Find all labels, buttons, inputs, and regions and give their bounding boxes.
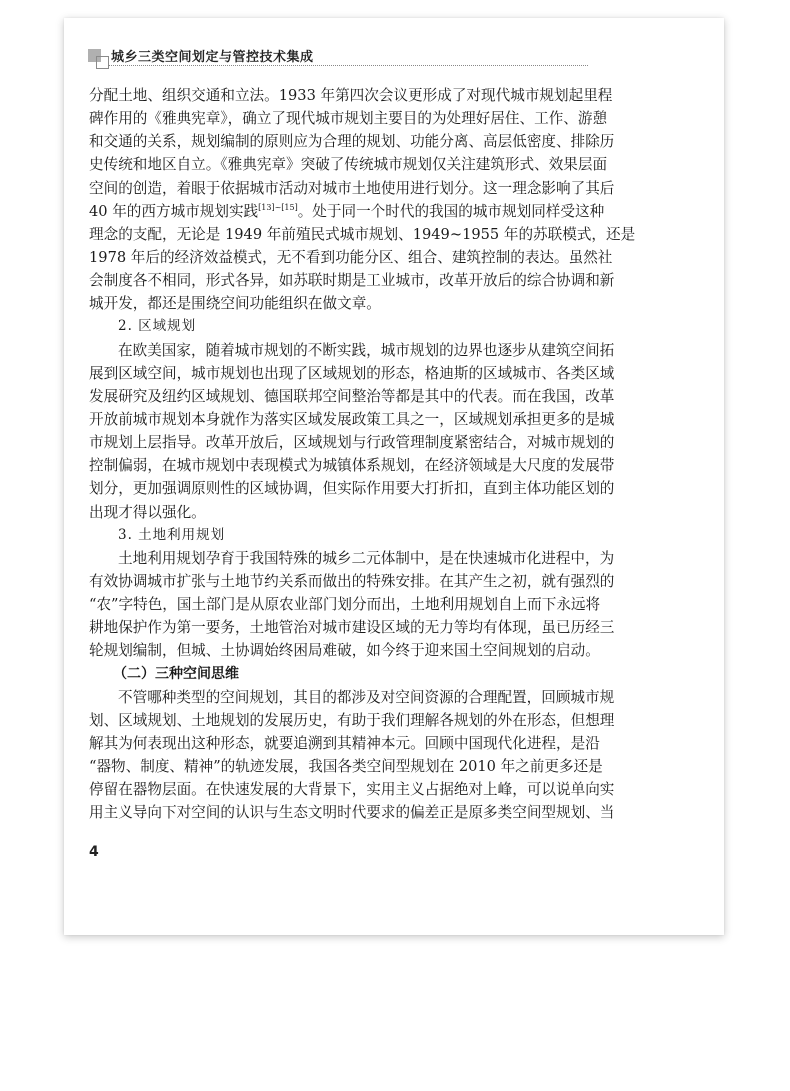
text-line: 史传统和地区自立。《雅典宪章》突破了传统城市规划仅关注建筑形式、效果层面 (89, 153, 589, 176)
text-line: 理念的支配，无论是 1949 年前殖民式城市规划、1949~1955 年的苏联模… (89, 223, 589, 246)
text-line: “农”字特色，国土部门是从原农业部门划分而出，土地利用规划自上而下永远将 (89, 593, 589, 616)
subsection-heading-land-use-planning: 3. 土地利用规划 (89, 524, 589, 547)
text-line: 展到区域空间，城市规划也出现了区域规划的形态，格迪斯的区域城市、各类区域 (89, 362, 589, 385)
text-line: 划、区域规划、土地规划的发展历史，有助于我们理解各规划的外在形态，但想理 (89, 709, 589, 732)
text-line: 解其为何表现出这种形态，就要追溯到其精神本元。回顾中国现代化进程，是沿 (89, 732, 589, 755)
text-line: 用主义导向下对空间的认识与生态文明时代要求的偏差正是原多类空间型规划、当 (89, 801, 589, 824)
text-line: 控制偏弱，在城市规划中表现模式为城镇体系规划，在经济领域是大尺度的发展带 (89, 454, 589, 477)
text-line: 在欧美国家，随着城市规划的不断实践，城市规划的边界也逐步从建筑空间拓 (89, 339, 589, 362)
citation-reference: [13]~[15] (258, 203, 298, 212)
body-text: 分配土地、组织交通和立法。1933 年第四次会议更形成了对现代城市规划起里程 碑… (89, 84, 589, 825)
text-line: 划分，更加强调原则性的区域协调，但实际作用要大打折扣，直到主体功能区划的 (89, 477, 589, 500)
text-line-with-citation: 40 年的西方城市规划实践[13]~[15]。处于同一个时代的我国的城市规划同样… (89, 200, 589, 223)
text-line: 和交通的关系，规划编制的原则应为合理的规划、功能分离、高层低密度、排除历 (89, 130, 589, 153)
text-line: 土地利用规划孕育于我国特殊的城乡二元体制中，是在快速城市化进程中，为 (89, 547, 589, 570)
book-title: 城乡三类空间划定与管控技术集成 (111, 46, 314, 65)
text-line: 不管哪种类型的空间规划，其目的都涉及对空间资源的合理配置，回顾城市规 (89, 686, 589, 709)
text-line: 有效协调城市扩张与土地节约关系而做出的特殊安排。在其产生之初，就有强烈的 (89, 570, 589, 593)
section-heading-three-spatial-thinking: （二）三种空间思维 (89, 663, 589, 686)
subsection-heading-regional-planning: 2. 区域规划 (89, 315, 589, 338)
text-line: 停留在器物层面。在快速发展的大背景下，实用主义占据绝对上峰，可以说单向实 (89, 778, 589, 801)
text-line: 碑作用的《雅典宪章》，确立了现代城市规划主要目的为处理好居住、工作、游憩 (89, 107, 589, 130)
header-dotted-rule (108, 65, 588, 66)
text-line: 空间的创造，着眼于依据城市活动对城市土地使用进行划分。这一理念影响了其后 (89, 177, 589, 200)
text-line: 出现才得以强化。 (89, 501, 589, 524)
text-line: 分配土地、组织交通和立法。1933 年第四次会议更形成了对现代城市规划起里程 (89, 84, 589, 107)
text-line: 1978 年后的经济效益模式，无不看到功能分区、组合、建筑控制的表达。虽然社 (89, 246, 589, 269)
text-line: 轮规划编制，但城、土协调始终困局难破，如今终于迎来国土空间规划的启动。 (89, 639, 589, 662)
header-outline-square-icon (96, 56, 109, 69)
running-header: 城乡三类空间划定与管控技术集成 (88, 46, 588, 72)
text-line: 会制度各不相同，形式各异，如苏联时期是工业城市，改革开放后的综合协调和新 (89, 269, 589, 292)
text-line: 耕地保护作为第一要务，土地管治对城市建设区域的无力等均有体现，虽已历经三 (89, 616, 589, 639)
page-number: 4 (89, 844, 99, 860)
text-segment: 。处于同一个时代的我国的城市规划同样受这种 (298, 203, 604, 220)
text-segment: 40 年的西方城市规划实践 (89, 203, 258, 220)
text-line: “器物、制度、精神”的轨迹发展，我国各类空间型规划在 2010 年之前更多还是 (89, 755, 589, 778)
text-line: 开放前城市规划本身就作为落实区域发展政策工具之一，区域规划承担更多的是城 (89, 408, 589, 431)
text-line: 发展研究及纽约区域规划、德国联邦空间整治等都是其中的代表。而在我国，改革 (89, 385, 589, 408)
text-line: 城开发，都还是围绕空间功能组织在做文章。 (89, 292, 589, 315)
text-line: 市规划上层指导。改革开放后，区域规划与行政管理制度紧密结合，对城市规划的 (89, 431, 589, 454)
